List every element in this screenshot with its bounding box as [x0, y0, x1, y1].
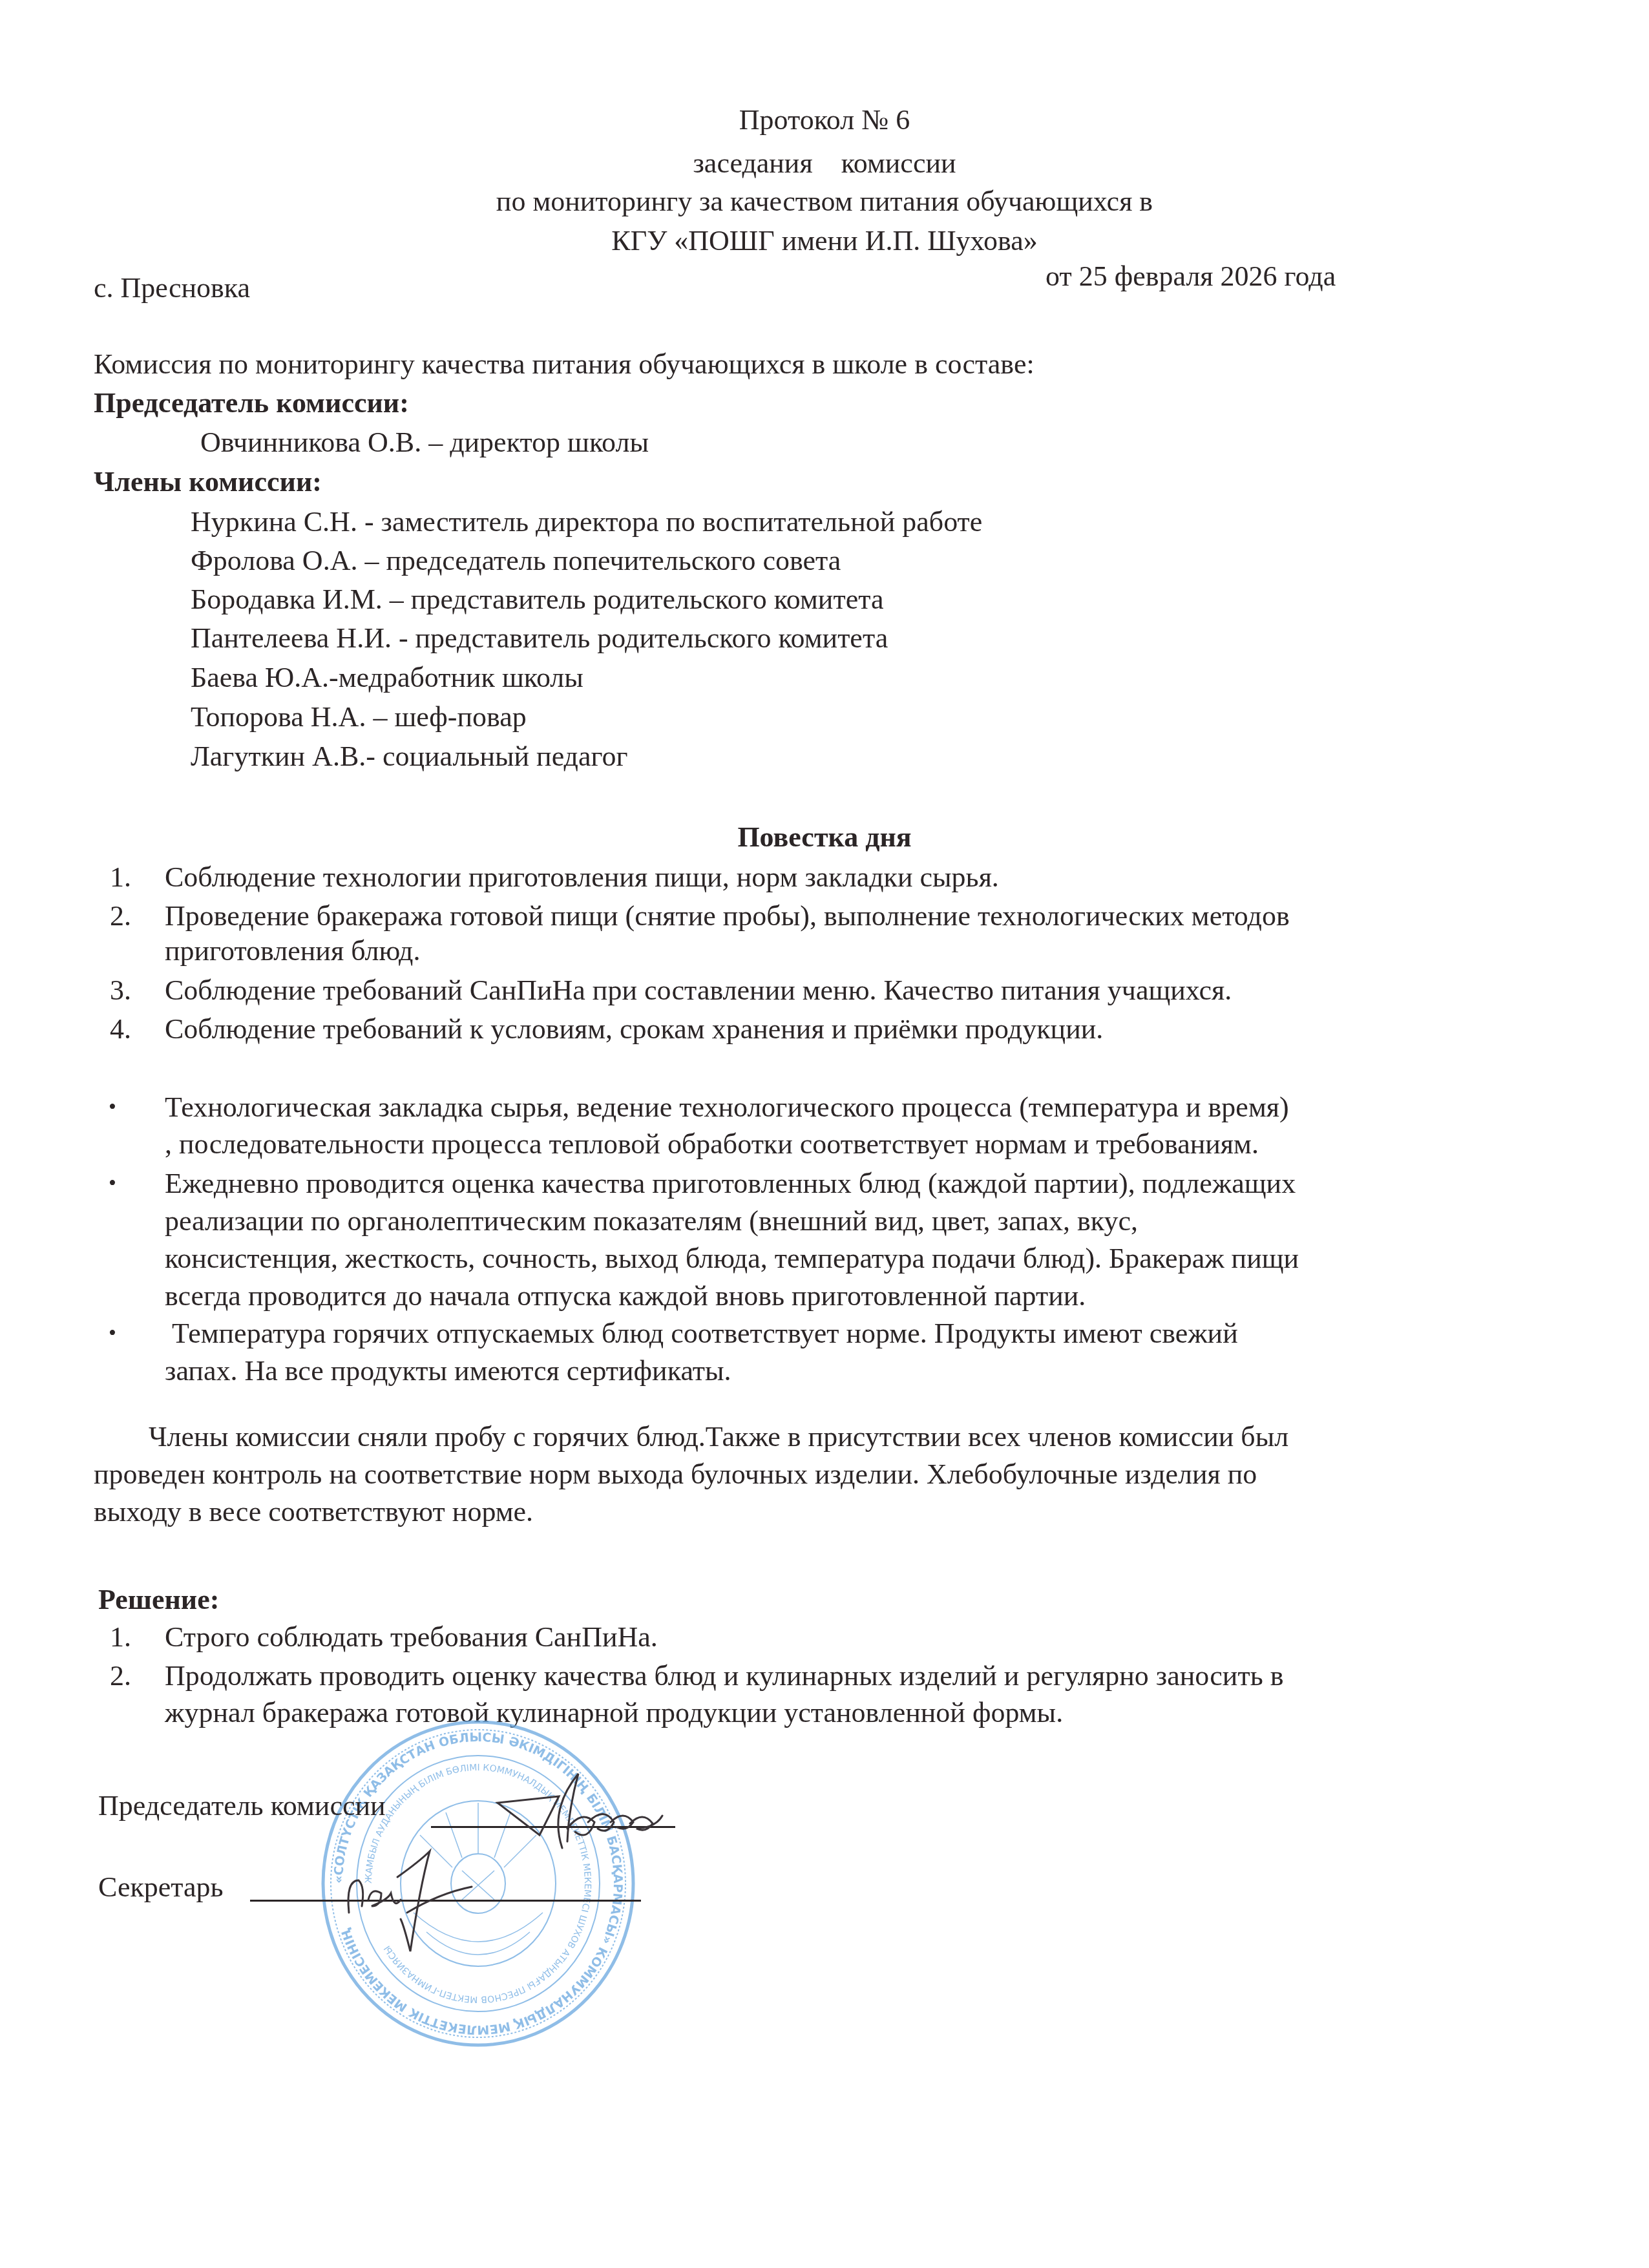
secretary-signature-label: Секретарь	[98, 1869, 224, 1906]
commission-intro: Комиссия по мониторингу качества питания…	[94, 346, 1035, 383]
bullet-icon: •	[109, 1316, 116, 1352]
decision-number: 1.	[110, 1619, 149, 1655]
finding-text: , последовательности процесса тепловой о…	[165, 1126, 1259, 1162]
agenda-number: 4.	[110, 1011, 149, 1047]
agenda-text: Соблюдение технологии приготовления пищи…	[165, 859, 999, 896]
secretary-signature	[342, 1835, 485, 1958]
protocol-subtitle: заседания комиссии	[0, 145, 1649, 182]
member-item: Лагуткин А.В.- социальный педагог	[191, 739, 628, 775]
member-item: Баева Ю.А.-медработник школы	[191, 660, 583, 696]
chair-heading: Председатель комиссии:	[94, 385, 409, 421]
member-item: Пантелеева Н.И. - представитель родитель…	[191, 620, 888, 656]
paragraph-line: выходу в весе соответствуют норме.	[94, 1494, 533, 1530]
protocol-title: Протокол № 6	[0, 102, 1649, 138]
agenda-text: Соблюдение требований СанПиНа при состав…	[165, 972, 1232, 1009]
finding-text: Температура горячих отпускаемых блюд соо…	[165, 1316, 1238, 1352]
decision-number: 2.	[110, 1658, 149, 1694]
finding-text: всегда проводится до начала отпуска кажд…	[165, 1278, 1086, 1314]
chair-name: Овчинникова О.В. – директор школы	[200, 425, 649, 461]
chair-signature-label: Председатель комиссии	[98, 1788, 386, 1824]
member-item: Бородавка И.М. – представитель родительс…	[191, 582, 883, 618]
finding-text: Ежедневно проводится оценка качества при…	[165, 1166, 1296, 1202]
decision-text: Продолжать проводить оценку качества блю…	[165, 1658, 1284, 1694]
bullet-icon: •	[109, 1166, 116, 1202]
agenda-heading: Повестка дня	[0, 819, 1649, 856]
agenda-text: приготовления блюд.	[165, 933, 420, 969]
agenda-number: 2.	[110, 898, 149, 934]
protocol-subject: по мониторингу за качеством питания обуч…	[0, 184, 1649, 220]
meeting-date: от 25 февраля 2026 года	[1045, 258, 1336, 295]
members-heading: Члены комиссии:	[94, 464, 322, 500]
agenda-text: Соблюдение требований к условиям, срокам…	[165, 1011, 1103, 1047]
agenda-number: 1.	[110, 859, 149, 896]
paragraph-line: проведен контроль на соответствие норм в…	[94, 1456, 1257, 1493]
decision-heading: Решение:	[98, 1582, 219, 1618]
place: с. Пресновка	[94, 270, 250, 306]
agenda-text: Проведение бракеража готовой пищи (сняти…	[165, 898, 1290, 934]
member-item: Топорова Н.А. – шеф-повар	[191, 699, 527, 735]
paragraph-line: Члены комиссии сняли пробу с горячих блю…	[149, 1419, 1288, 1455]
member-item: Нуркина С.Н. - заместитель директора по …	[191, 504, 982, 540]
finding-text: Технологическая закладка сырья, ведение …	[165, 1089, 1289, 1126]
agenda-number: 3.	[110, 972, 149, 1009]
chair-signature	[491, 1770, 685, 1861]
finding-text: консистенция, жесткость, сочность, выход…	[165, 1241, 1299, 1277]
organization-name: КГУ «ПОШГ имени И.П. Шухова»	[0, 223, 1649, 259]
member-item: Фролова О.А. – председатель попечительск…	[191, 543, 841, 579]
finding-text: реализации по органолептическим показате…	[165, 1203, 1138, 1239]
decision-text: Строго соблюдать требования СанПиНа.	[165, 1619, 658, 1655]
finding-text: запах. На все продукты имеются сертифика…	[165, 1353, 731, 1389]
bullet-icon: •	[109, 1089, 116, 1126]
